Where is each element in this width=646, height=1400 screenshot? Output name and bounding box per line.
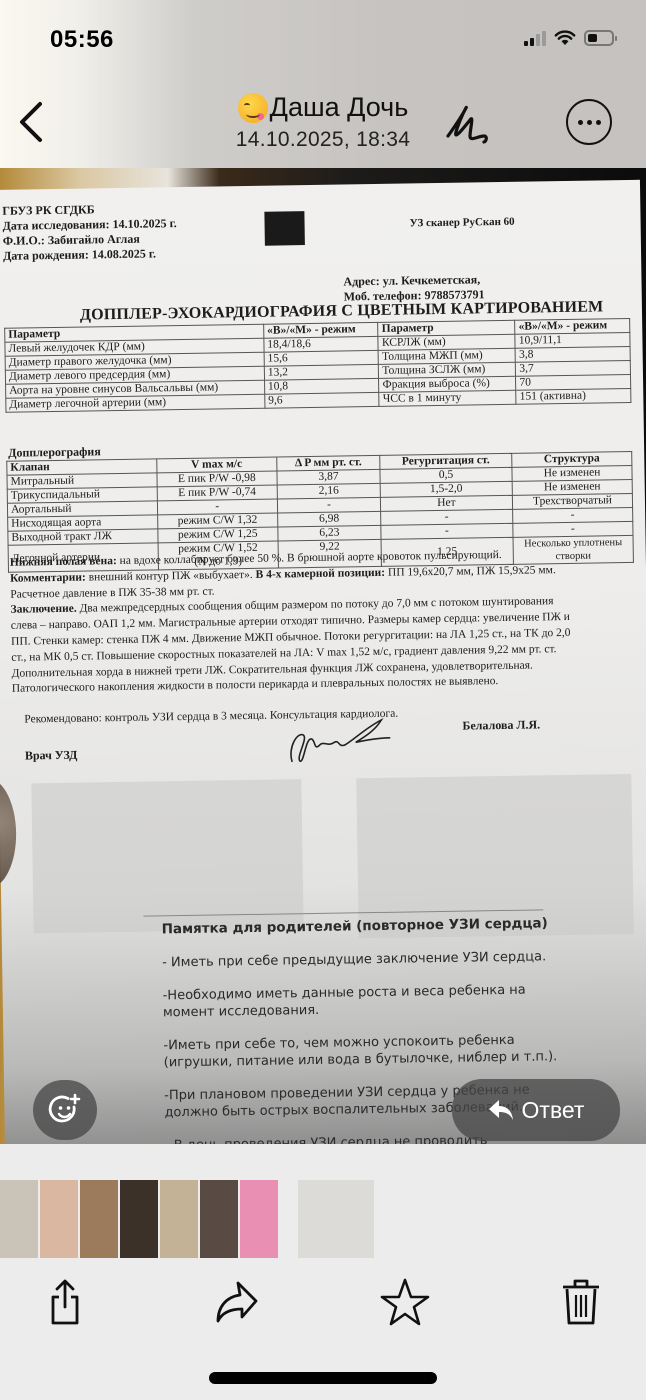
chamber-text: ПП 19,6х20,7 мм, ПЖ 15,9х25 мм. — [385, 564, 556, 579]
thumbnail[interactable] — [80, 1180, 118, 1258]
stamp-area-left — [31, 779, 303, 933]
photo-viewer[interactable]: ГБУЗ РК СГДКБ Дата исследования: 14.10.2… — [0, 168, 646, 1144]
memo-item: -Необходимо иметь данные роста и веса ре… — [163, 981, 557, 1021]
thumbnail-strip[interactable] — [0, 1180, 376, 1258]
share-button[interactable] — [40, 1272, 90, 1332]
thumbnail[interactable] — [240, 1180, 278, 1258]
conclusion-label: Заключение. — [11, 603, 77, 616]
photo-toolbar — [0, 1272, 646, 1332]
thumbnail[interactable] — [120, 1180, 158, 1258]
document-content: ГБУЗ РК СГДКБ Дата исследования: 14.10.2… — [2, 194, 633, 264]
medical-report-photo: ГБУЗ РК СГДКБ Дата исследования: 14.10.2… — [0, 180, 646, 1144]
share-icon — [45, 1277, 85, 1327]
doctor-title: Врач УЗД — [25, 748, 78, 764]
delete-button[interactable] — [556, 1272, 606, 1332]
add-reaction-icon — [48, 1093, 82, 1127]
star-icon — [380, 1277, 430, 1327]
bottom-bar — [0, 1144, 646, 1400]
chat-title: Даша Дочь — [270, 92, 409, 123]
thumbnail[interactable] — [160, 1180, 198, 1258]
cell: 151 (активна) — [516, 388, 631, 404]
status-time: 05:56 — [50, 26, 114, 54]
doppler-section-title: Допплерография — [8, 444, 101, 460]
params-table: Параметр «В»/«М» - режим Параметр «В»/«М… — [4, 318, 631, 413]
thumbnail[interactable] — [0, 1180, 38, 1258]
reply-button[interactable]: Ответ — [452, 1079, 620, 1141]
comments-label: Комментарии: — [10, 571, 86, 584]
finger-in-photo — [0, 778, 17, 889]
chat-title-block[interactable]: Даша Дочь 14.10.2025, 18:34 — [0, 92, 646, 152]
favorite-button[interactable] — [380, 1272, 430, 1332]
stamp-area-right — [356, 774, 633, 938]
markup-scribble-icon — [444, 100, 494, 150]
more-options-button[interactable] — [566, 99, 612, 145]
signal-icon — [524, 30, 546, 46]
home-indicator[interactable] — [209, 1372, 437, 1384]
thumbnail[interactable] — [200, 1180, 238, 1258]
forward-arrow-icon — [212, 1277, 262, 1327]
forward-button[interactable] — [212, 1272, 262, 1332]
status-icons — [524, 30, 614, 46]
wifi-icon — [554, 30, 576, 46]
message-timestamp: 14.10.2025, 18:34 — [0, 128, 646, 152]
memo-item: - Иметь при себе предыдущие заключение У… — [162, 948, 556, 971]
chamber-label: В 4-х камерной позиции: — [256, 567, 386, 581]
comments-text: внешний контур ПЖ «выбухает». — [86, 569, 256, 584]
face-savoring-food-emoji-icon — [238, 93, 268, 123]
reply-arrow-icon — [488, 1098, 514, 1122]
signature-icon — [285, 716, 396, 768]
doctor-name: Белалова Л.Я. — [462, 717, 540, 733]
thumbnail-selected[interactable] — [298, 1180, 374, 1258]
memo-item: -Иметь при себе то, чем можно успокоить … — [163, 1031, 557, 1071]
cell: ЧСС в 1 минуту — [379, 390, 516, 406]
trash-icon — [559, 1277, 603, 1327]
report-text: Нижняя полая вена: на вдохе коллабирует … — [10, 546, 638, 698]
reply-label: Ответ — [522, 1097, 585, 1124]
thumbnail[interactable] — [40, 1180, 78, 1258]
clinic-logo — [264, 211, 305, 246]
ellipsis-icon — [578, 120, 583, 125]
ivc-label: Нижняя полая вена: — [10, 555, 117, 569]
battery-icon — [584, 30, 614, 46]
markup-button[interactable] — [444, 100, 494, 150]
doc-scanner: УЗ сканер РуСкан 60 — [409, 216, 514, 230]
header: 05:56 Даша Дочь 14.10.2025, 18:34 — [0, 0, 646, 168]
cell: 9,6 — [265, 392, 380, 408]
add-reaction-button[interactable] — [33, 1080, 97, 1140]
